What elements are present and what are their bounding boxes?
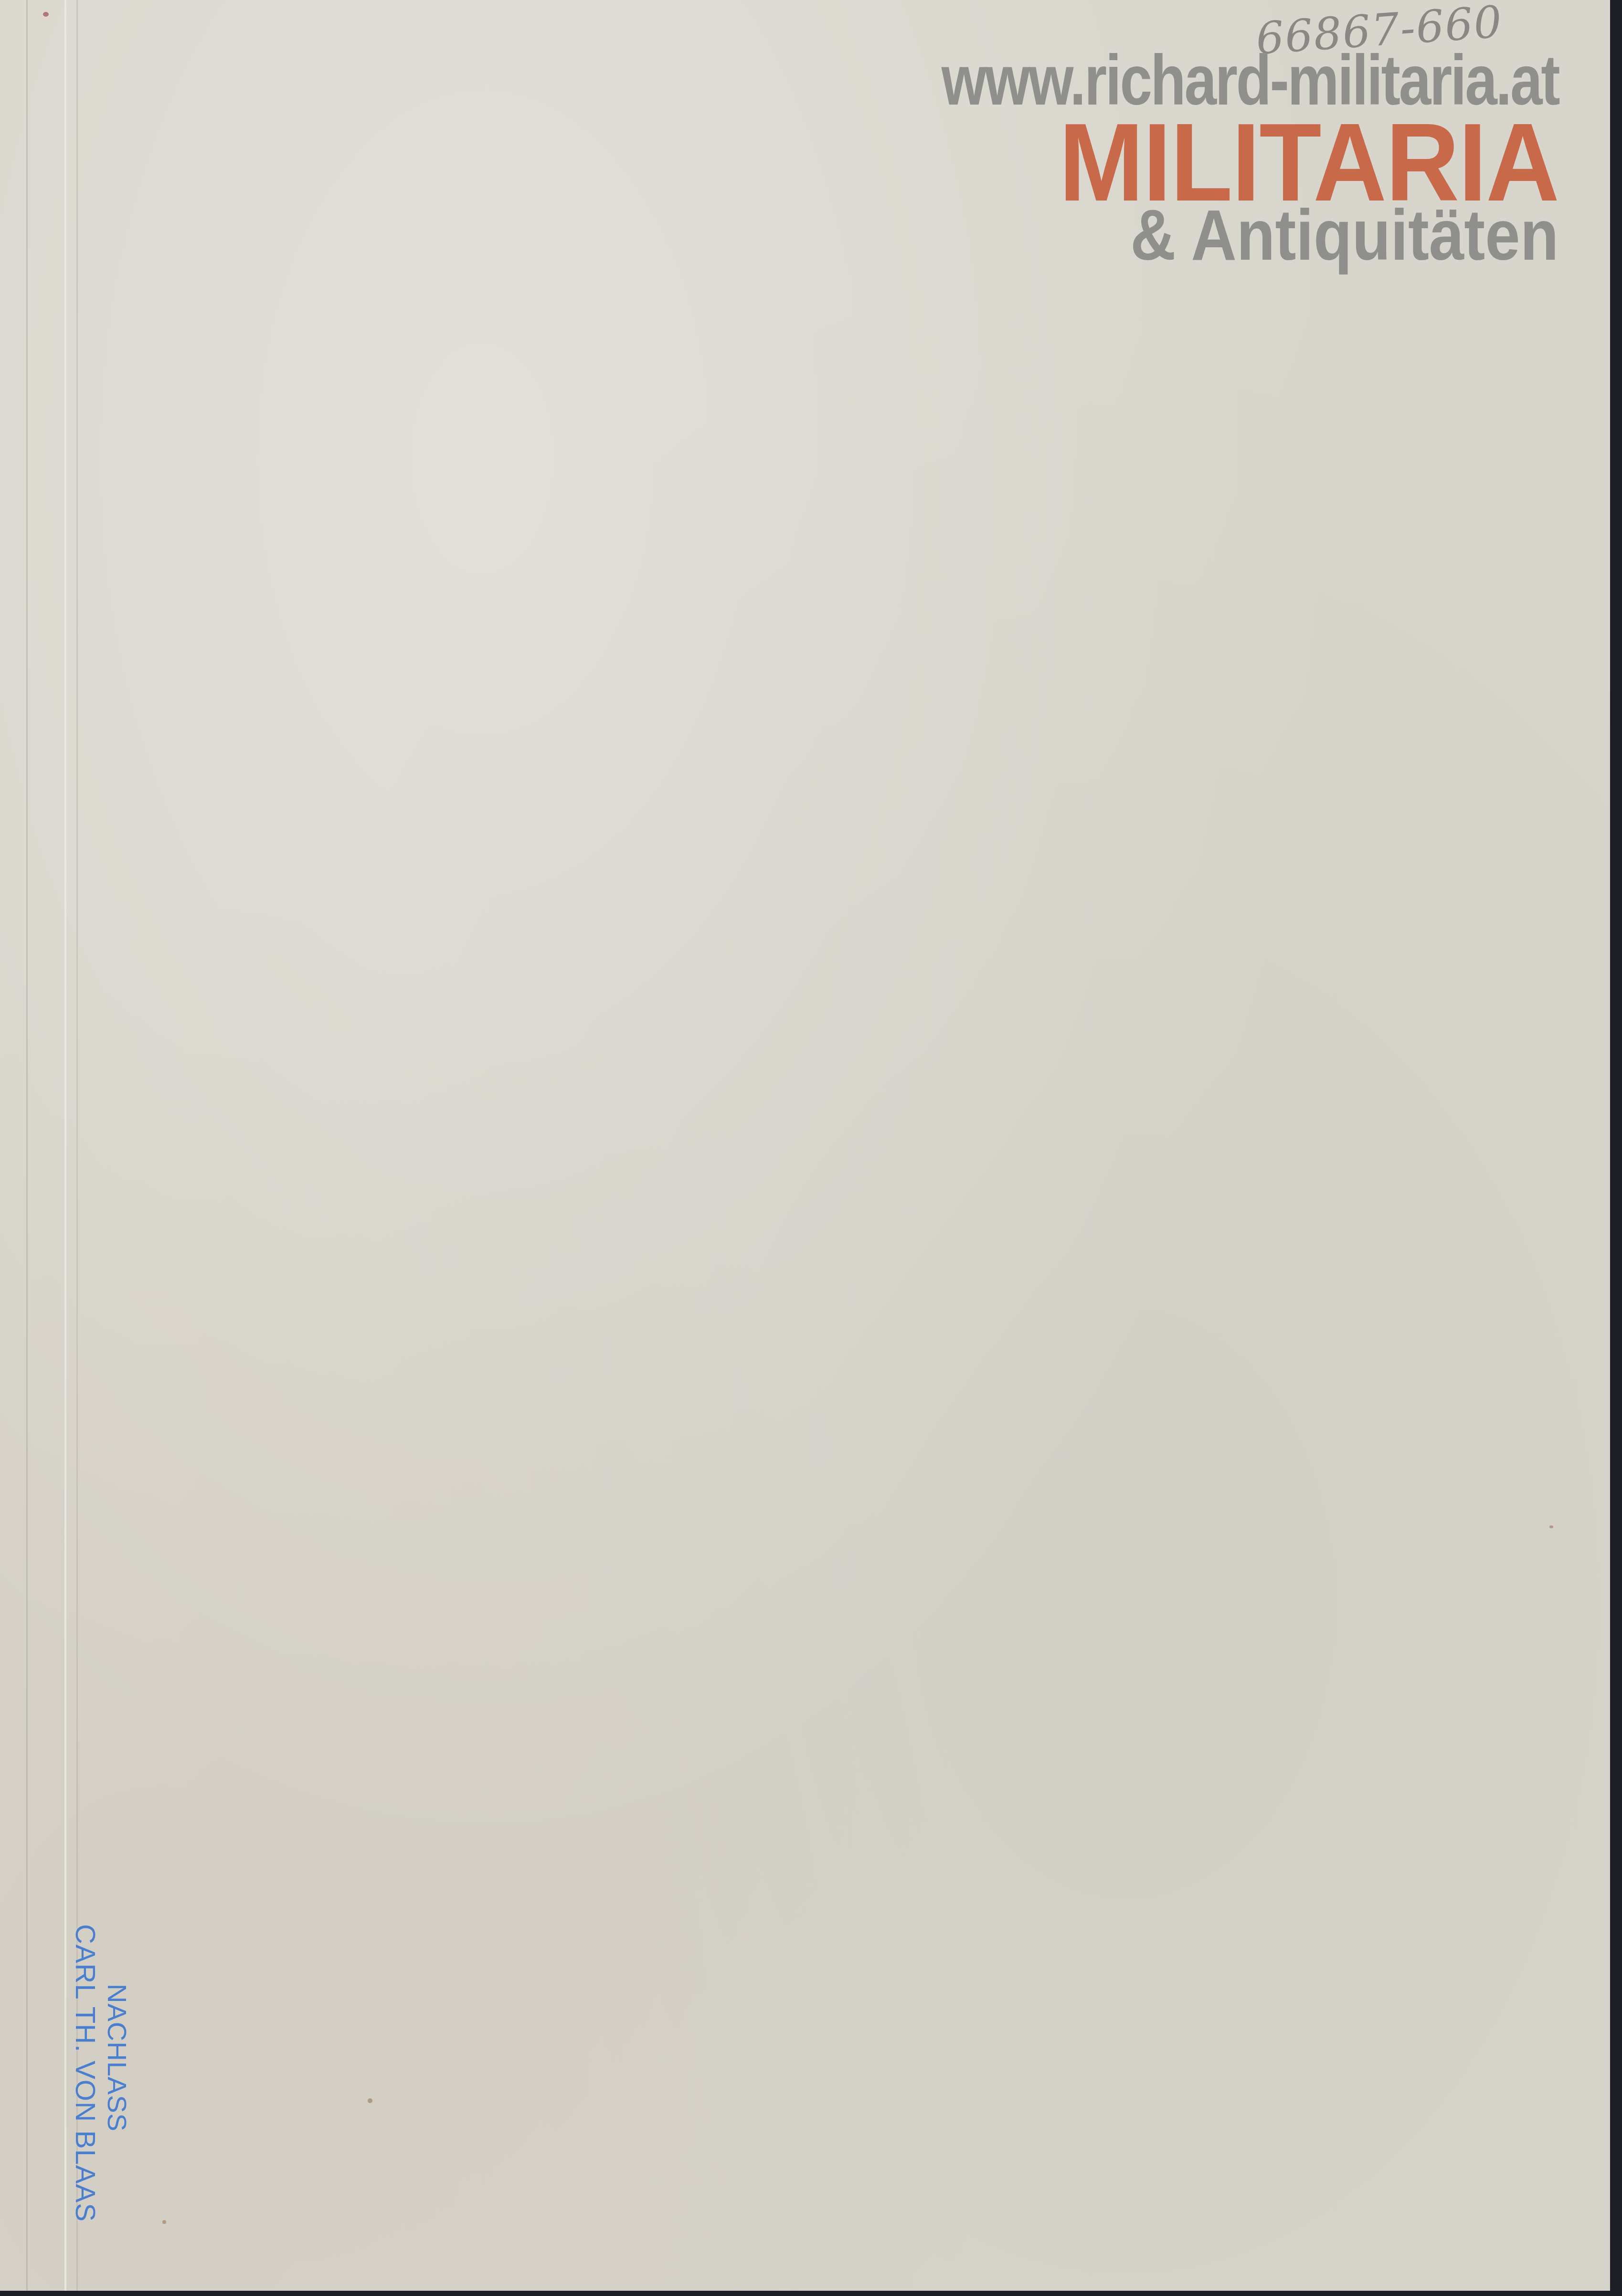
seller-watermark: www.richard-militaria.at MILITARIA & Ant… [806, 45, 1558, 271]
stamp-line-nachlass: NACHLASS [104, 1984, 130, 2132]
estate-stamp: NACHLASS CARL TH. VON BLAAS [69, 1924, 131, 2234]
paper-spot [43, 12, 49, 17]
paper-sheet: 66867-660 www.richard-militaria.at MILIT… [0, 0, 1610, 2291]
paper-spot [162, 2220, 166, 2224]
paper-spot [1549, 1525, 1553, 1528]
watermark-subtitle: & Antiquitäten [896, 199, 1558, 271]
stamp-line-name: CARL TH. VON BLAAS [71, 1924, 99, 2222]
binding-fold [26, 0, 28, 2291]
binding-fold [64, 0, 66, 2291]
paper-spot [368, 2098, 372, 2103]
